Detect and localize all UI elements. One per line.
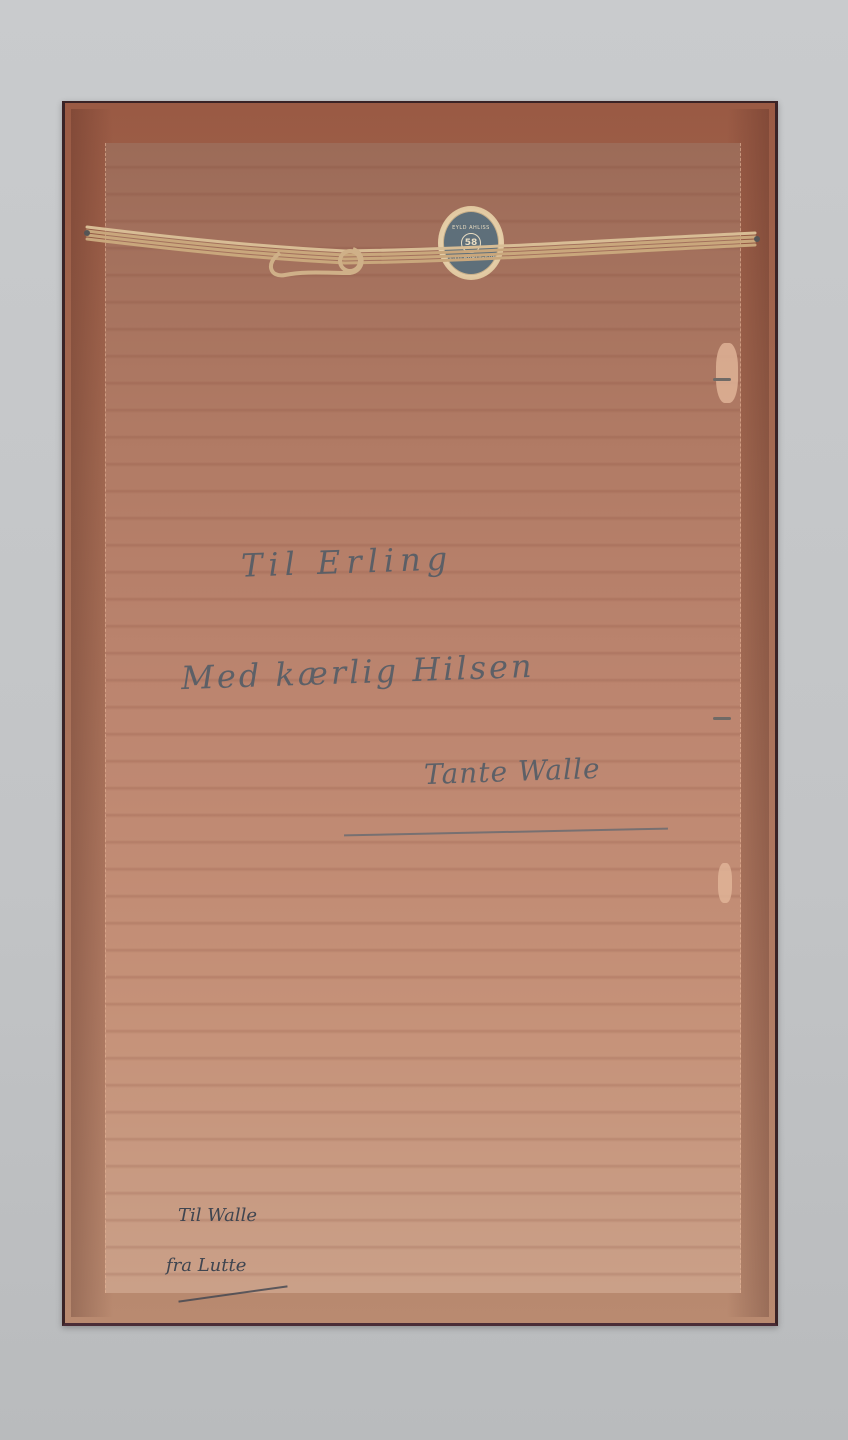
picture-frame: EYLD AHLISS 58 VESTERBROGADE Til Erling … — [62, 101, 778, 1326]
corner-note-line-1: Til Walle — [178, 1205, 257, 1226]
signature-underline — [344, 828, 668, 837]
inscription-signature: Tante Walle — [423, 752, 601, 791]
nail-icon — [713, 378, 731, 381]
torn-patch — [716, 343, 738, 403]
inscription-line-1: Til Erling — [240, 539, 453, 584]
corner-note-line-2: fra Lutte — [166, 1255, 246, 1276]
nail-icon — [713, 717, 731, 720]
cardboard-backing: EYLD AHLISS 58 VESTERBROGADE Til Erling … — [105, 143, 741, 1293]
hanging-string — [65, 103, 781, 303]
inscription-line-2: Med kærlig Hilsen — [180, 647, 535, 697]
corner-note-underline — [178, 1285, 287, 1302]
torn-patch — [718, 863, 732, 903]
